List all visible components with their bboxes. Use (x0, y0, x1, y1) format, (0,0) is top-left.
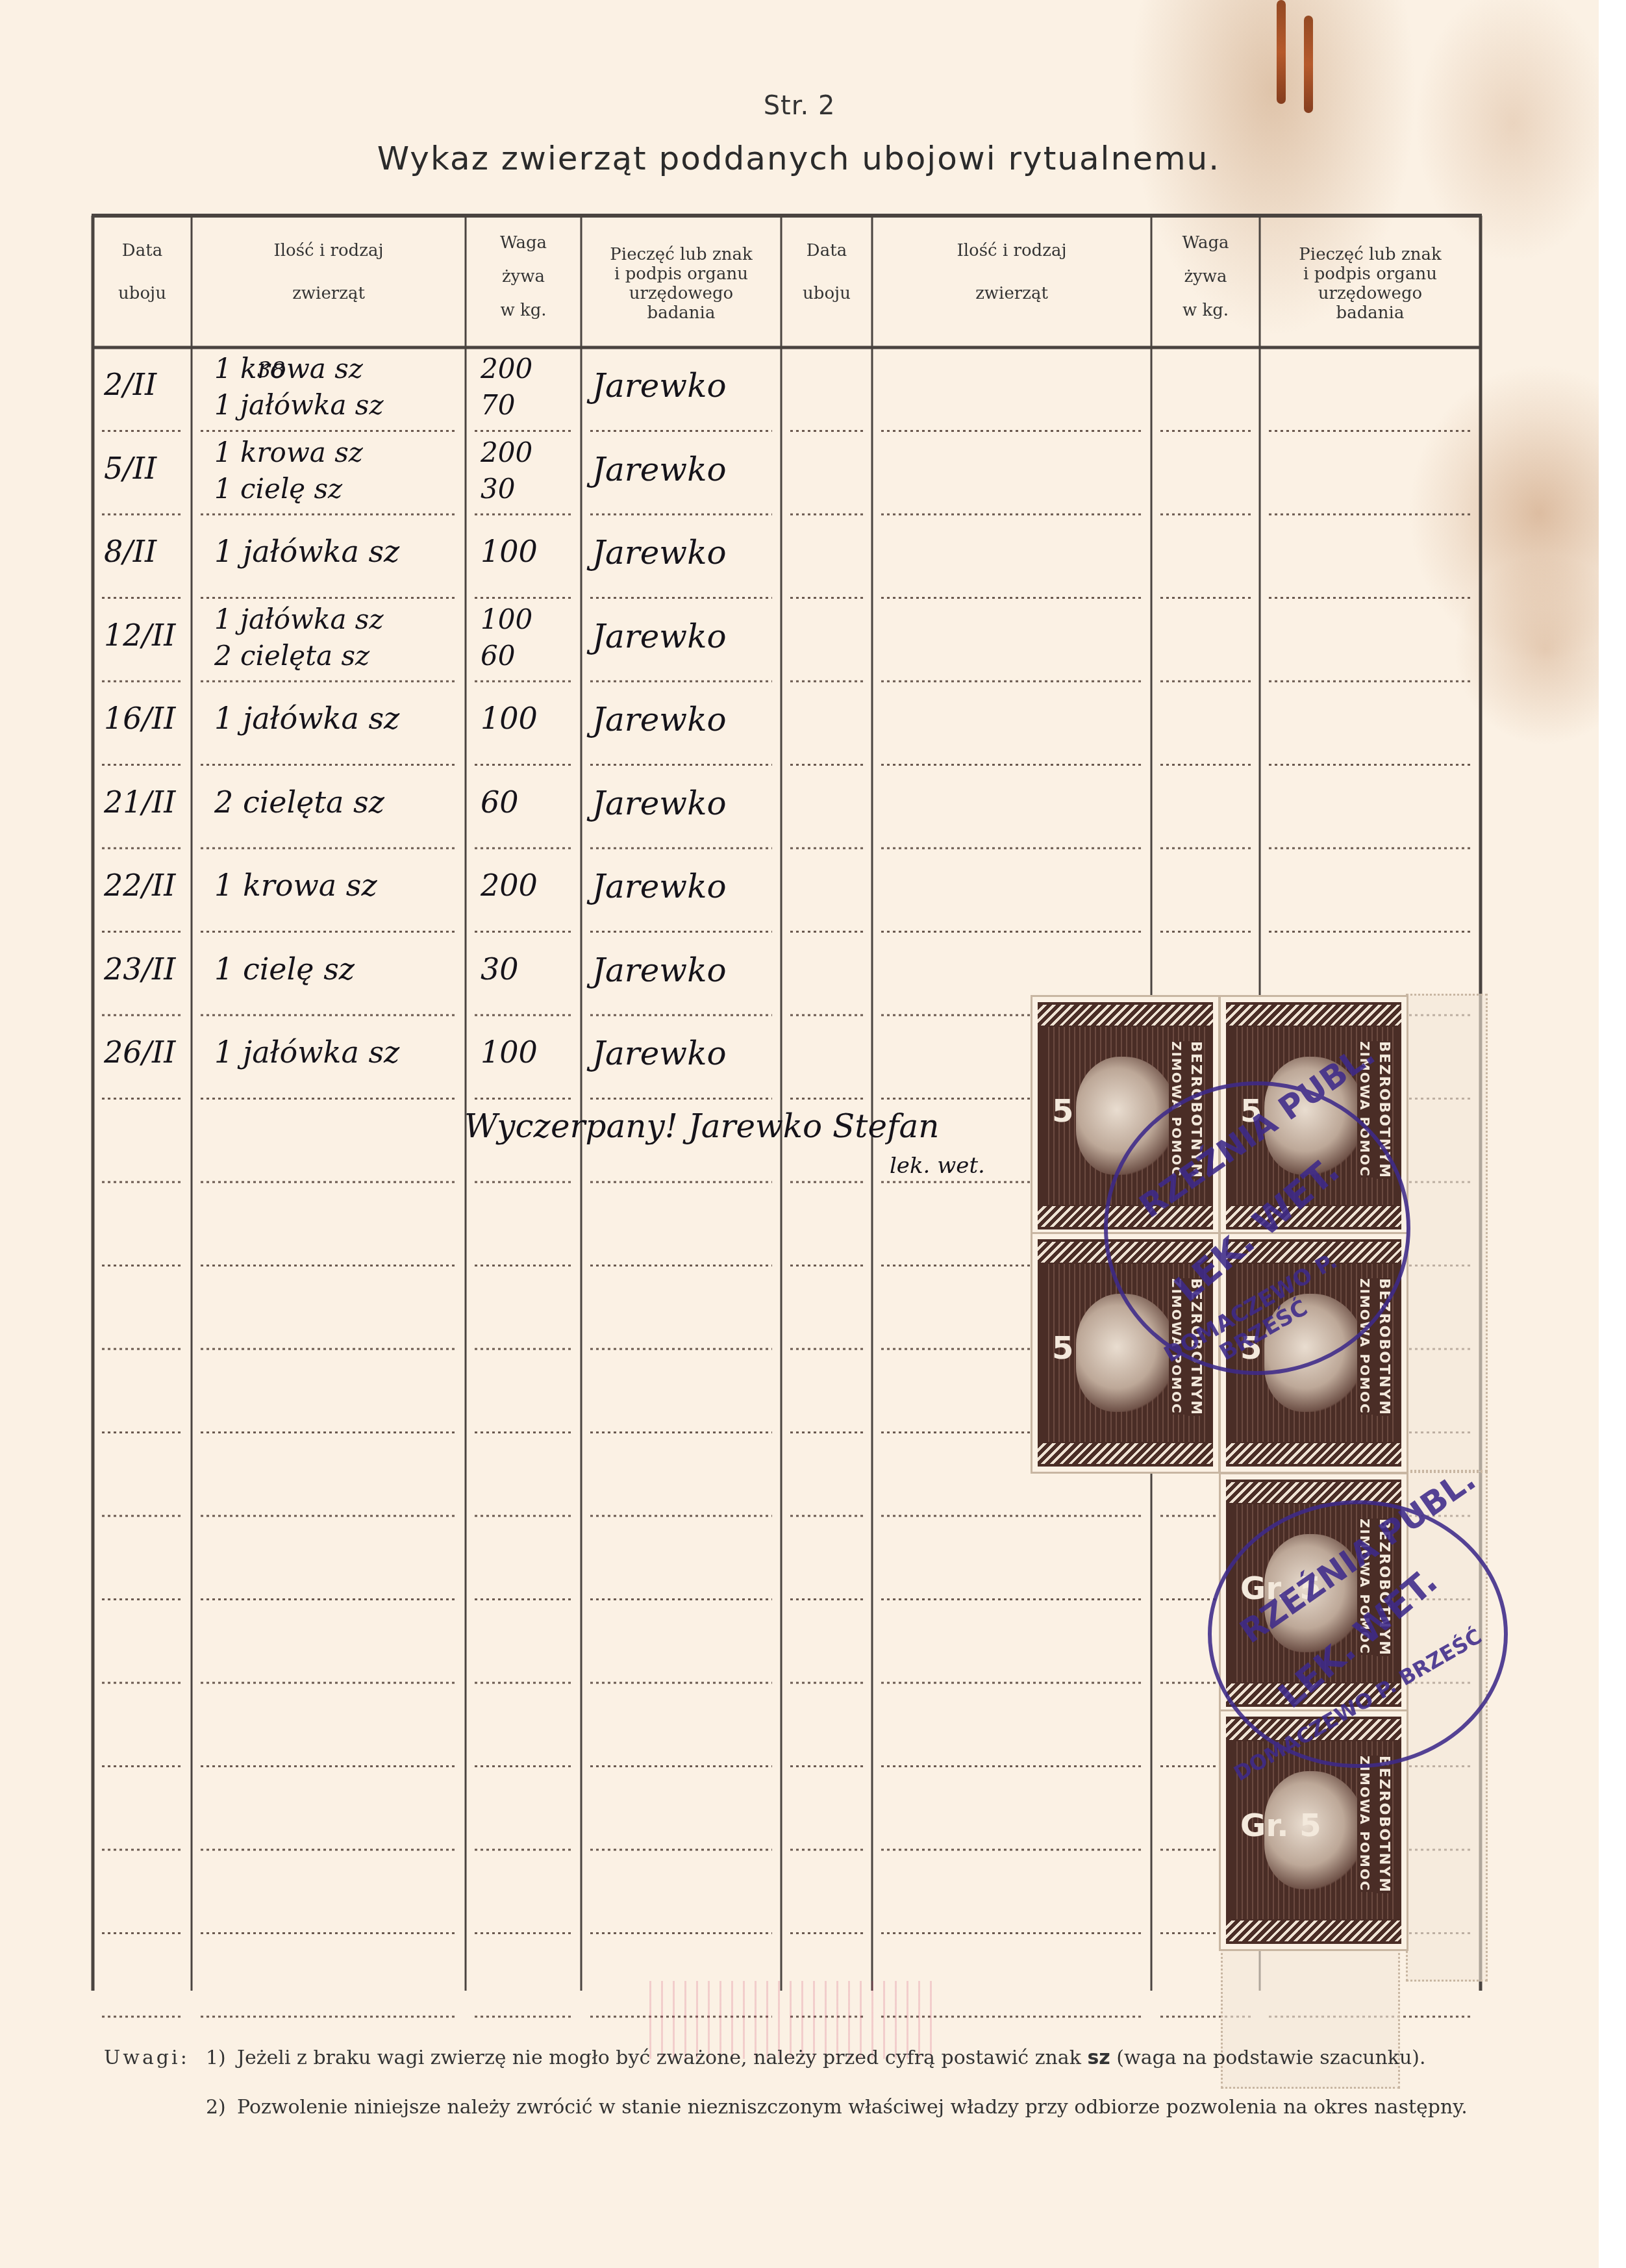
closing-note: Wyczerpany! Jarewko Stefan (464, 1107, 940, 1145)
entry-signature: Jarewko (592, 951, 727, 989)
entry-signature: Jarewko (592, 534, 727, 572)
column-header-stamp: Pieczęć lub znaki podpis organuurzędoweg… (581, 246, 781, 323)
entry-date: 23/II (104, 951, 175, 987)
stamp-value: Gr. 5 (1240, 1808, 1321, 1844)
entry-weight: 30 (481, 473, 515, 505)
entry-date: 16/II (104, 701, 175, 736)
entry-signature: Jarewko (592, 868, 727, 905)
entry-signature: Jarewko (592, 451, 727, 488)
entry-weight: 60 (481, 785, 519, 820)
entry-animals: 2 cielęta sz (214, 640, 369, 672)
column-header-date: Datauboju (93, 242, 192, 327)
entry-weight: 100 (481, 701, 538, 736)
entry-animals: 1 krowa sz (214, 868, 377, 903)
note-item: 2) Pozwolenie niniejsze należy zwrócić w… (237, 2095, 1581, 2120)
notes-label: Uwagi: (104, 2046, 190, 2071)
entry-weight: 60 (481, 640, 515, 672)
entry-animals: 1 jałówka sz (214, 603, 384, 635)
entry-date: 21/II (104, 785, 175, 820)
entry-date: 2/II (104, 367, 156, 402)
stamp-selvage (1406, 994, 1488, 1472)
entry-date: 26/II (104, 1035, 175, 1070)
entry-animals: 1 krowa sz (214, 436, 363, 468)
entry-weight: 200 (481, 436, 532, 468)
cancellation-stamp: RZEŹNIA PUBL. LEK. WET. DOMACZEWO P. BRZ… (1104, 1081, 1410, 1375)
column-header-weight: Wagażywaw kg. (1151, 234, 1260, 335)
entry-weight: 70 (481, 389, 515, 421)
entry-signature: Jarewko (592, 618, 727, 655)
entry-date: 12/II (104, 618, 175, 653)
entry-animals: 1 jałówka sz (214, 1035, 399, 1070)
entry-weight: 100 (481, 1035, 538, 1070)
entry-date: 8/II (104, 534, 156, 569)
entry-animals: 1 jałówka sz (214, 534, 399, 569)
entry-animals: 2 cielęta sz (214, 785, 384, 820)
column-header-animals: Ilość i rodzajzwierząt (872, 242, 1151, 327)
stamp-value: 5 (1052, 1093, 1073, 1129)
entry-signature: Jarewko (592, 785, 727, 822)
entry-animals: 1 cielę sz (214, 473, 342, 505)
entry-signature: Jarewko (592, 367, 727, 405)
entry-date: 5/II (104, 451, 156, 486)
entry-weight: 200 (481, 353, 532, 384)
closing-note-title: lek. wet. (890, 1153, 985, 1179)
cancellation-stamp: RZEŹNIA PUBL. LEK. WET. DOMACZEWO P. BRZ… (1208, 1500, 1508, 1768)
year-note: 38 (257, 357, 285, 383)
note-item: 1) Jeżeli z braku wagi zwierzę nie mogło… (237, 2046, 1581, 2071)
column-header-stamp: Pieczęć lub znaki podpis organuurzędoweg… (1260, 246, 1481, 323)
entry-weight: 100 (481, 603, 532, 635)
entry-signature: Jarewko (592, 1035, 727, 1072)
entry-weight: 100 (481, 534, 538, 569)
column-header-date: Datauboju (781, 242, 872, 327)
entry-animals: 1 jałówka sz (214, 389, 384, 421)
entry-animals: 1 cielę sz (214, 951, 355, 987)
column-header-animals: Ilość i rodzajzwierząt (192, 242, 466, 327)
entry-animals: 1 krowa sz (214, 353, 363, 384)
entry-weight: 200 (481, 868, 538, 903)
entry-signature: Jarewko (592, 701, 727, 738)
entry-animals: 1 jałówka sz (214, 701, 399, 736)
entry-date: 22/II (104, 868, 175, 903)
entry-weight: 30 (481, 951, 519, 987)
column-header-weight: Wagażywaw kg. (466, 234, 581, 335)
stamp-value: 5 (1052, 1330, 1073, 1367)
